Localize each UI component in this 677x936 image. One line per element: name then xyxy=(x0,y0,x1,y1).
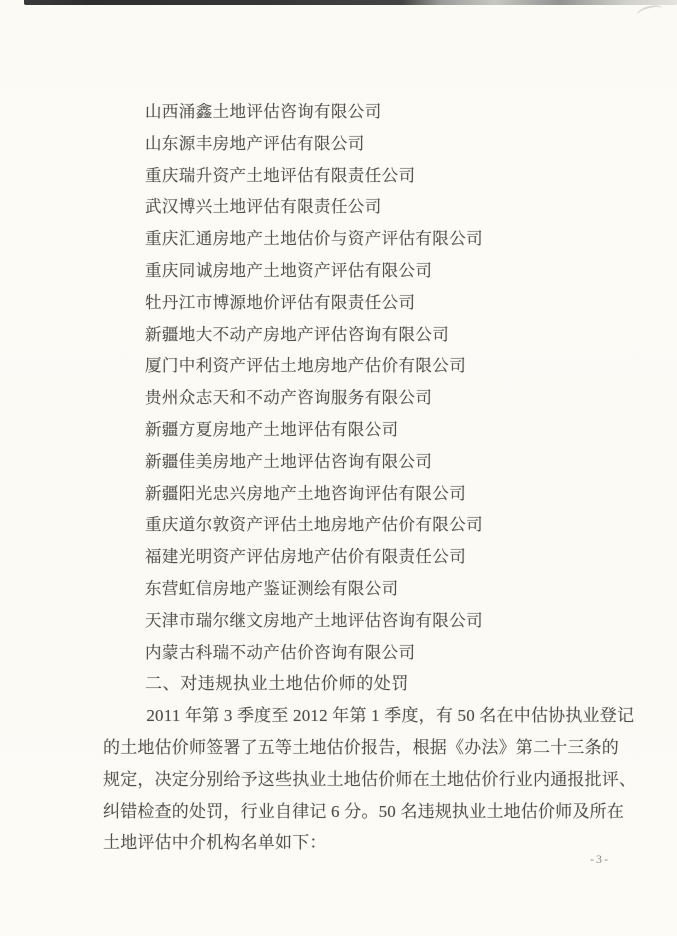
company-list-item: 山西涌鑫土地评估咨询有限公司 xyxy=(145,96,644,128)
company-list-item: 新疆阳光忠兴房地产土地咨询评估有限公司 xyxy=(145,478,644,510)
company-list-item: 重庆同诚房地产土地资产评估有限公司 xyxy=(145,255,644,287)
company-list-item: 重庆瑞升资产土地评估有限责任公司 xyxy=(145,160,644,192)
company-list-item: 新疆佳美房地产土地评估咨询有限公司 xyxy=(145,446,644,478)
paragraph-line: 纠错检查的处罚，行业自律记 6 分。50 名违规执业土地估价师及所在 xyxy=(103,796,644,828)
scanned-document-page: 山西涌鑫土地评估咨询有限公司山东源丰房地产评估有限公司重庆瑞升资产土地评估有限责… xyxy=(0,0,677,936)
company-list-item: 牡丹江市博源地价评估有限责任公司 xyxy=(145,287,644,319)
paragraph-line: 的土地估价师签署了五等土地估价报告，根据《办法》第二十三条的 xyxy=(103,732,644,764)
paragraph-line: 规定，决定分别给予这些执业土地估价师在土地估价行业内通报批评、 xyxy=(103,764,644,796)
section-heading: 二、对违规执业土地估价师的处罚 xyxy=(145,668,644,700)
company-list-item: 重庆道尔敦资产评估土地房地产估价有限公司 xyxy=(145,509,644,541)
company-list-item: 天津市瑞尔继文房地产土地评估咨询有限公司 xyxy=(145,605,644,637)
page-number: -3- xyxy=(590,852,610,867)
company-list: 山西涌鑫土地评估咨询有限公司山东源丰房地产评估有限公司重庆瑞升资产土地评估有限责… xyxy=(145,96,644,668)
company-list-item: 新疆地大不动产房地产评估咨询有限公司 xyxy=(145,319,644,351)
paragraph-line: 2011 年第 3 季度至 2012 年第 1 季度，有 50 名在中估协执业登… xyxy=(103,700,644,732)
company-list-item: 重庆汇通房地产土地估价与资产评估有限公司 xyxy=(145,223,644,255)
scan-blemish-mark xyxy=(636,3,664,21)
company-list-item: 新疆方夏房地产土地评估有限公司 xyxy=(145,414,644,446)
company-list-item: 武汉博兴土地评估有限责任公司 xyxy=(145,191,644,223)
company-list-item: 厦门中利资产评估土地房地产估价有限公司 xyxy=(145,350,644,382)
paragraph-line: 土地评估中介机构名单如下： xyxy=(103,827,644,859)
company-list-item: 内蒙古科瑞不动产估价咨询有限公司 xyxy=(145,637,644,669)
scan-edge-artifact xyxy=(24,0,677,5)
document-body: 山西涌鑫土地评估咨询有限公司山东源丰房地产评估有限公司重庆瑞升资产土地评估有限责… xyxy=(103,96,644,859)
company-list-item: 山东源丰房地产评估有限公司 xyxy=(145,128,644,160)
company-list-item: 福建光明资产评估房地产估价有限责任公司 xyxy=(145,541,644,573)
company-list-item: 东营虹信房地产鉴证测绘有限公司 xyxy=(145,573,644,605)
body-paragraph: 2011 年第 3 季度至 2012 年第 1 季度，有 50 名在中估协执业登… xyxy=(103,700,644,859)
company-list-item: 贵州众志天和不动产咨询服务有限公司 xyxy=(145,382,644,414)
